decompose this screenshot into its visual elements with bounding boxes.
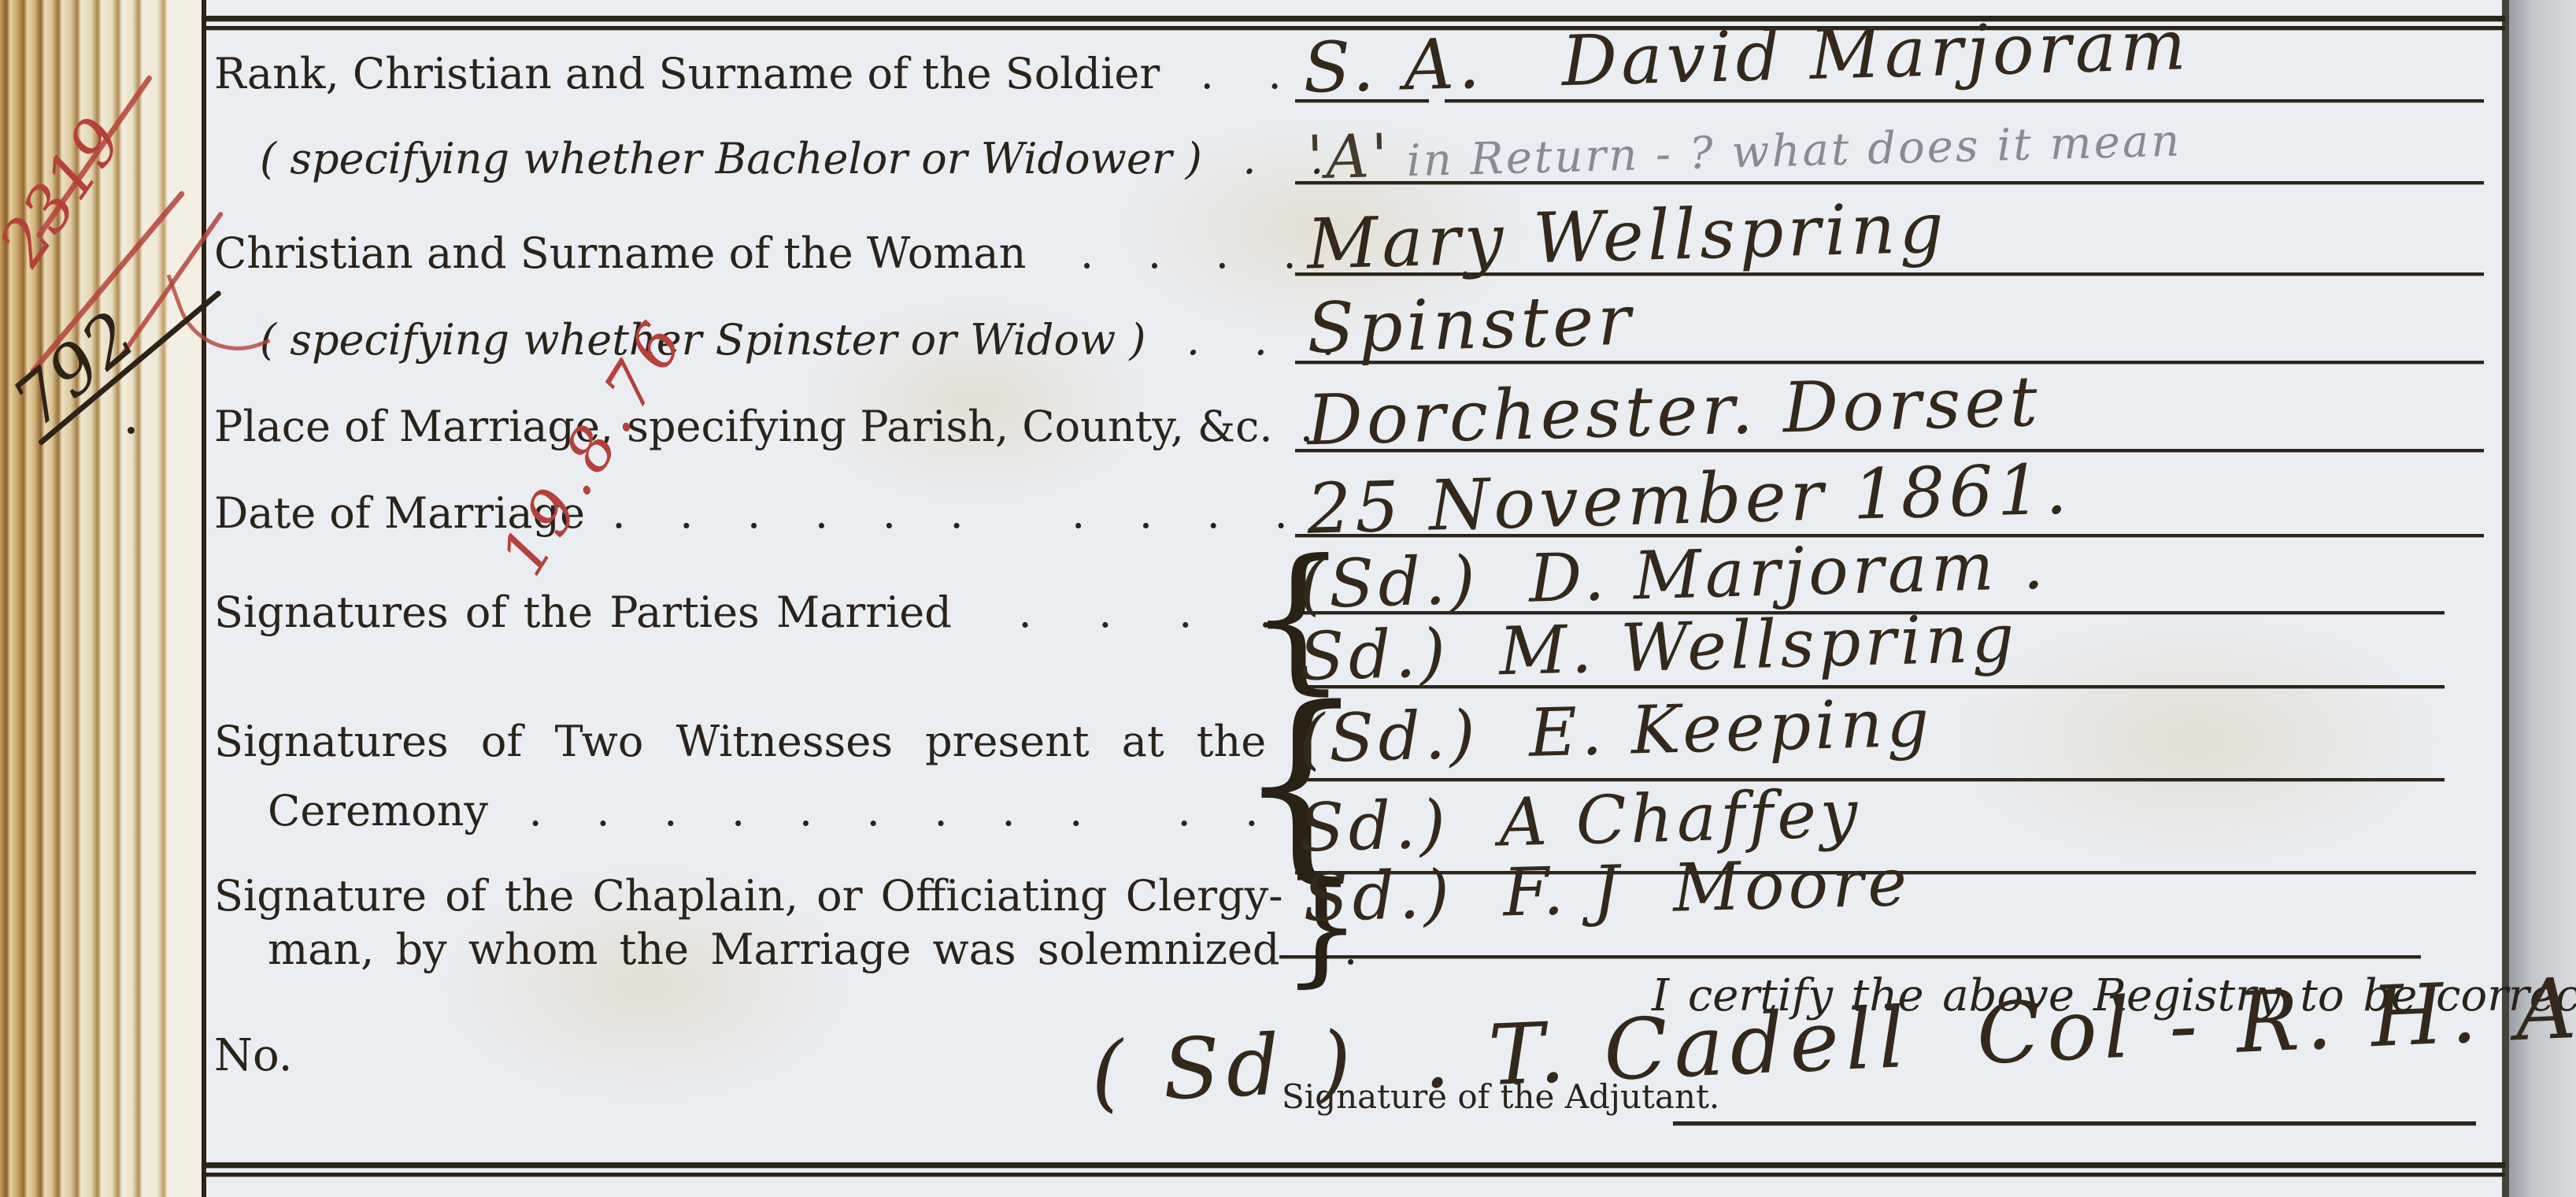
form-left-border xyxy=(202,0,206,1197)
entry-line xyxy=(1295,778,2445,781)
ink-dot xyxy=(128,427,135,434)
no-label: No. xyxy=(214,1032,293,1080)
place-of-marriage-label: Place of Marriage, specifying Parish, Co… xyxy=(214,403,1313,450)
soldier-name-value: S. A. David Marjoram xyxy=(1302,10,2191,102)
left-margin xyxy=(175,0,202,1197)
date-of-marriage-label: Date of Marriage . . . . . . . . . . xyxy=(214,490,1288,536)
woman-status-label: ( specifying whether Spinster or Widow )… xyxy=(260,317,1335,363)
bottom-rule xyxy=(206,1162,2505,1168)
witness-signature-1: (Sd.) E. Keeping xyxy=(1298,689,1934,772)
chaplain-label-line1: Signature of the Chaplain, or Officiatin… xyxy=(214,873,1282,919)
note-ink-letter: 'A' xyxy=(1306,120,1391,193)
soldier-status-note: 'A' in Return - ? what does it mean xyxy=(1306,105,2182,187)
note-pencil-text: in Return - ? what does it mean xyxy=(1390,115,2182,187)
woman-status-value: Spinster xyxy=(1306,286,1635,364)
witnesses-label-line1: Signatures of Two Witnesses present at t… xyxy=(214,718,1266,765)
party-signature-2: Sd.) M. Wellspring xyxy=(1298,605,2019,690)
chaplain-signature: Sd.) F. J Moore xyxy=(1302,849,1912,931)
paper-stain xyxy=(1952,614,2441,866)
soldier-status-label: ( specifying whether Bachelor or Widower… xyxy=(260,135,1323,182)
adjutant-signature-line xyxy=(1673,1121,2476,1125)
woman-name-value: Mary Wellspring xyxy=(1306,193,1949,279)
soldier-name-label: Rank, Christian and Surname of the Soldi… xyxy=(214,50,1282,97)
witnesses-label-line2: Ceremony . . . . . . . . . . . xyxy=(268,787,1258,834)
entry-line xyxy=(1279,955,2421,958)
place-of-marriage-value: Dorchester. Dorset xyxy=(1306,367,2042,455)
bottom-rule-2 xyxy=(206,1173,2505,1177)
marriage-register-scan: Rank, Christian and Surname of the Soldi… xyxy=(0,0,2576,1197)
parties-signatures-label: Signatures of the Parties Married . . . … xyxy=(214,589,1272,636)
woman-name-label: Christian and Surname of the Woman . . .… xyxy=(214,230,1297,276)
chaplain-label-line2: man, by whom the Marriage was solemnized… xyxy=(268,926,1357,973)
